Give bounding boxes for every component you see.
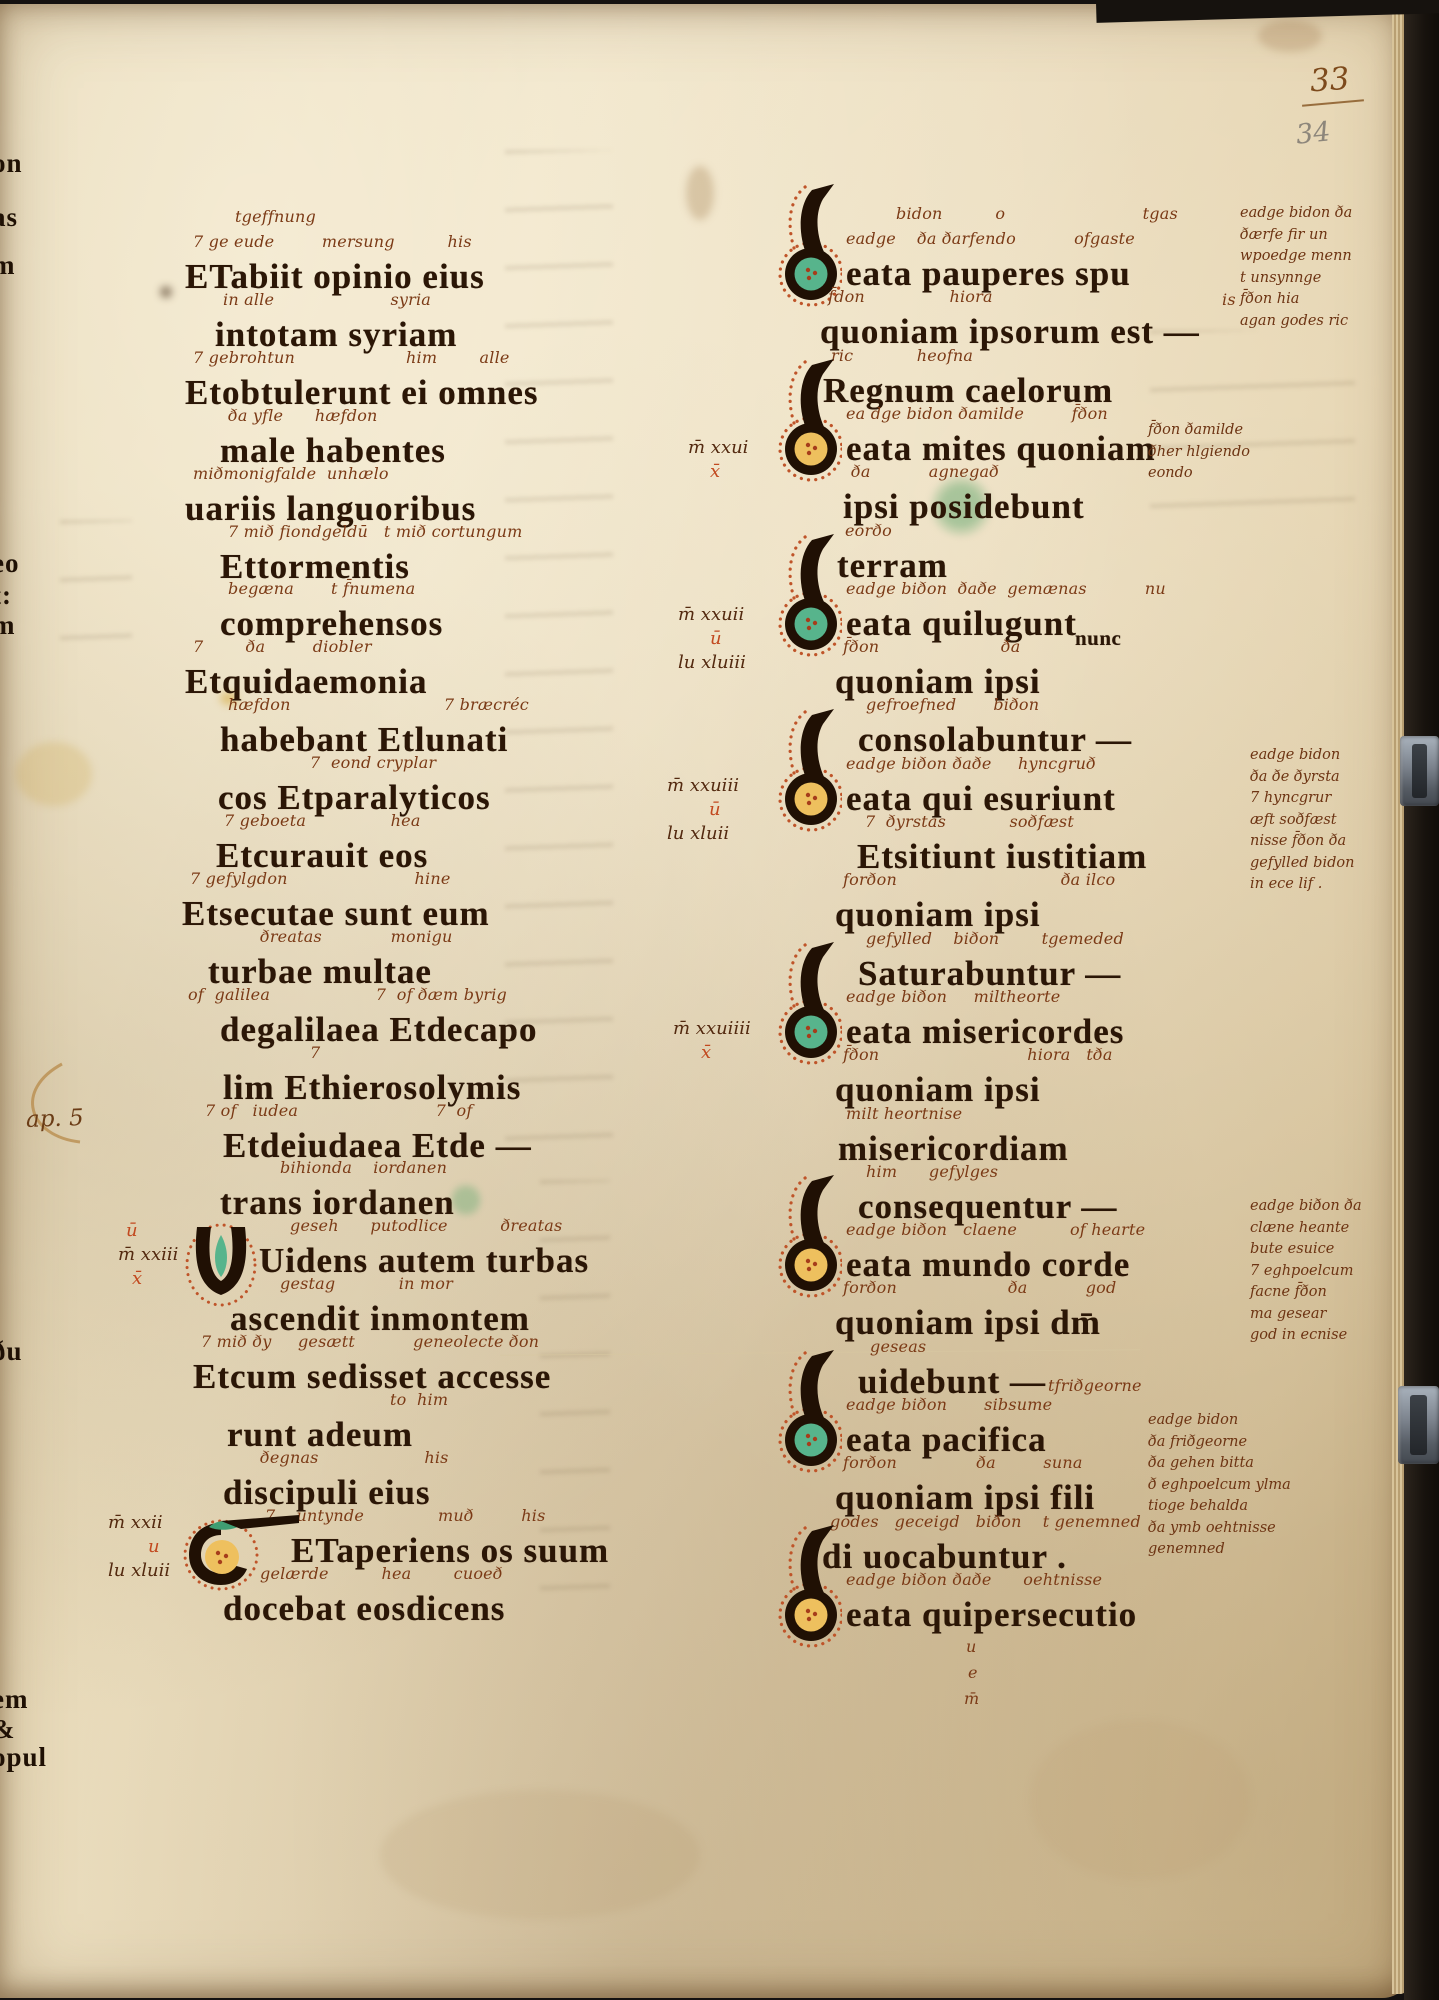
margin-note-line: æft soðfæst: [1250, 810, 1337, 832]
gloss-fragment: is: [1222, 290, 1236, 310]
gloss-fragment: nunc: [1075, 616, 1121, 660]
margin-note-line: eondo: [1148, 463, 1193, 485]
margin-note-line: clæne heante: [1250, 1218, 1349, 1240]
margin-note-line: ð eghpoelcum ylma: [1148, 1475, 1291, 1497]
gloss-line: eadge biðon ðaðe hyncgruð: [846, 754, 1096, 774]
gloss-fragment: tfriðgeorne: [1048, 1376, 1142, 1396]
facing-page-letter: on: [0, 148, 23, 179]
gloss-fragment: e: [968, 1663, 978, 1683]
margin-note-line: 7 eghpoelcum: [1250, 1261, 1353, 1283]
margin-note-line: ða friðgeorne: [1148, 1432, 1247, 1454]
margin-note-line: eadge biðon ða: [1250, 1196, 1362, 1218]
margin-note-line: f̄ðon hia: [1240, 289, 1299, 311]
initial-b: [778, 1523, 842, 1656]
folio-number-ink: 33: [1309, 61, 1351, 100]
facing-page-letter: as: [0, 202, 18, 233]
eusebian-reference: ū: [710, 628, 722, 649]
gloss-line: f̄ðon ða: [843, 637, 1020, 657]
gloss-line: eadge biðon sibsume: [846, 1395, 1052, 1415]
gloss-line: bidon o tgas: [896, 204, 1178, 224]
gloss-line: 7 ðyrstas soðfæst: [865, 812, 1074, 832]
margin-note-line: genemned: [1148, 1539, 1225, 1561]
margin-note-line: ða ymb oehtnisse: [1148, 1518, 1276, 1540]
folio-number-pencil: 34: [1294, 116, 1331, 150]
margin-note-line: eadge bidon: [1250, 745, 1340, 767]
margin-note-line: wpoedge menn: [1240, 246, 1352, 268]
book-clasp: [1400, 736, 1439, 806]
clasp-slot: [1410, 1395, 1426, 1454]
margin-note-line: eadge bidon ða: [1240, 203, 1352, 225]
margin-note-line: ða ðe ðyrsta: [1250, 767, 1340, 789]
gloss-line: him gefylges: [866, 1162, 998, 1182]
margin-note-line: t unsynnge: [1240, 268, 1321, 290]
gloss-line: 7 mið ðy gesætt geneolecte ðon: [201, 1332, 539, 1352]
eusebian-reference: x̄: [710, 461, 720, 482]
gloss-line: 7: [310, 1043, 320, 1063]
gloss-line: forðon ða god: [843, 1278, 1116, 1298]
gloss-line: ða yfle hæfdon: [228, 406, 378, 426]
gloss-line: eadge biðon ðaðe gemænas nu: [846, 579, 1166, 599]
gloss-line: geseh putodlice ðreatas: [290, 1216, 562, 1236]
margin-note-line: agan godes ric: [1240, 311, 1348, 333]
dark-background-edge: [1404, 0, 1439, 2000]
initial-b: [778, 707, 842, 840]
gloss-line: forðon ða suna: [843, 1453, 1083, 1473]
margin-note-line: gefylled bidon: [1250, 853, 1354, 875]
margin-note-line: ða gehen bitta: [1148, 1453, 1254, 1475]
gloss-line: eadge ða ðarfendo ofgaste: [846, 229, 1135, 249]
gloss-line: hæfdon 7 bræcréc: [228, 695, 529, 715]
gloss-line: in alle syria: [223, 290, 431, 310]
gloss-line: eorðo: [845, 521, 892, 541]
chapter-note: ap. 5: [26, 1105, 85, 1133]
gloss-line: forðon ða ilco: [843, 870, 1115, 890]
eusebian-reference: x̄: [132, 1268, 142, 1289]
margin-note-line: ma gesear: [1250, 1304, 1326, 1326]
gloss-line: to him: [390, 1390, 448, 1410]
margin-note-line: god in ecnise: [1250, 1325, 1347, 1347]
gloss-line: eadge biðon ðaðe oehtnisse: [846, 1570, 1102, 1590]
initial-b: [778, 532, 842, 665]
gloss-line: 7 gefylgdon hine: [190, 869, 451, 889]
gloss-line: eadge biðon claene of hearte: [846, 1220, 1145, 1240]
eusebian-reference: m̄ xxuii: [678, 604, 744, 625]
margin-note-line: in ece lif .: [1250, 874, 1322, 896]
gloss-line: bihionda iordanen: [280, 1158, 447, 1178]
gloss-line: gefroefned biðon: [866, 695, 1039, 715]
eusebian-reference: u: [148, 1536, 160, 1557]
facing-page-letter: &: [0, 1714, 16, 1745]
gloss-line: eadge biðon miltheorte: [846, 987, 1060, 1007]
facing-page-letter: em: [0, 1684, 28, 1715]
initial-b: [778, 1348, 842, 1481]
gloss-fragment: m̄: [964, 1689, 979, 1709]
facing-page-letter: opul: [0, 1742, 47, 1773]
gloss-fragment: u: [966, 1637, 977, 1657]
margin-note-line: facne f̄ðon: [1250, 1282, 1327, 1304]
gloss-line: of galilea 7 of ðæm byrig: [188, 985, 507, 1005]
gloss-line: f̄don hiora: [828, 287, 993, 307]
margin-note-line: f̄ðon ðamilde: [1148, 420, 1243, 442]
eusebian-reference: x̄: [701, 1042, 711, 1063]
gloss-line: 7 gebrohtun him alle: [193, 348, 510, 368]
gloss-line: geseas: [870, 1337, 926, 1357]
latin-line: Etcum sedisset accesse: [193, 1355, 551, 1399]
gloss-line: ðreatas monigu: [260, 927, 453, 947]
facing-page-letter: ðu: [0, 1336, 23, 1367]
margin-note-line: ðher hlgiendo: [1148, 442, 1250, 464]
facing-page-letter: eo: [0, 548, 19, 579]
gloss-line: 7 untynde muð his: [265, 1506, 546, 1526]
margin-note-line: nisse f̄ðon ða: [1250, 831, 1346, 853]
gloss-line: gelærde hea cuoeð: [260, 1564, 503, 1584]
gloss-line: 7 ge eude mersung his: [193, 232, 472, 252]
eusebian-reference: ū: [709, 799, 721, 820]
facing-page-letter: t:: [0, 580, 12, 611]
gloss-line: ða agnegað: [851, 462, 999, 482]
clasp-slot: [1412, 744, 1428, 797]
eusebian-reference: ū: [126, 1220, 138, 1241]
eusebian-reference: lu xluiii: [678, 652, 746, 673]
initial-b: [778, 357, 842, 490]
gloss-line: ea dge bidon ðamilde f̄ðon: [846, 404, 1108, 424]
latin-line: docebat eosdicens: [223, 1587, 505, 1631]
gloss-line: ðegnas his: [260, 1448, 449, 1468]
gloss-line: gestag in mor: [280, 1274, 453, 1294]
margin-note-line: eadge bidon: [1148, 1410, 1238, 1432]
book-clasp: [1398, 1386, 1439, 1464]
eusebian-reference: m̄ xxui: [688, 437, 748, 458]
margin-note-line: bute esuice: [1250, 1239, 1334, 1261]
gloss-line: milt heortnise: [846, 1104, 962, 1124]
gloss-line: 7 ða diobler: [193, 637, 372, 657]
gloss-line: ric heofna: [831, 346, 973, 366]
latin-line: degalilaea Etdecapo: [220, 1008, 537, 1052]
gloss-line: 7 geboeta hea: [224, 811, 421, 831]
initial-b: [778, 940, 842, 1073]
gloss-line: begæna t f̄numena: [228, 579, 415, 599]
initial-b: [778, 1173, 842, 1306]
manuscript-photo: tgeffnung7 ge eude mersung hisETabiit op…: [0, 0, 1439, 2000]
gloss-line: 7 mið fiondgeldū t mið cortungum: [228, 522, 522, 542]
eusebian-reference: lu xluii: [667, 823, 729, 844]
margin-note-line: tioge behalda: [1148, 1496, 1248, 1518]
eusebian-reference: m̄ xxuiiii: [673, 1018, 751, 1039]
eusebian-reference: m̄ xxii: [108, 1512, 163, 1533]
eusebian-reference: m̄ xxiii: [118, 1244, 178, 1265]
latin-line: eata quipersecutio: [846, 1593, 1137, 1637]
facing-page-letter: m: [0, 610, 16, 641]
gloss-line: godes geceigd biðon t genemned: [830, 1512, 1141, 1532]
gloss-line: 7 of iudea 7 of: [205, 1101, 473, 1121]
facing-page-letter: m: [0, 250, 16, 281]
gloss-line: 7 eond cryplar: [310, 753, 436, 773]
margin-note-line: ðærfe fir un: [1240, 225, 1328, 247]
margin-note-line: 7 hyncgrur: [1250, 788, 1331, 810]
marginal-flourish: [6, 1056, 98, 1152]
eusebian-reference: lu xluii: [108, 1560, 170, 1581]
gloss-line: miðmonigfalde unhælo: [193, 464, 389, 484]
gloss-line: tgeffnung: [235, 207, 316, 227]
gloss-line: f̄ðon hiora tða: [843, 1045, 1113, 1065]
eusebian-reference: m̄ xxuiii: [667, 775, 739, 796]
gloss-line: gefylled biðon tgemeded: [866, 929, 1124, 949]
